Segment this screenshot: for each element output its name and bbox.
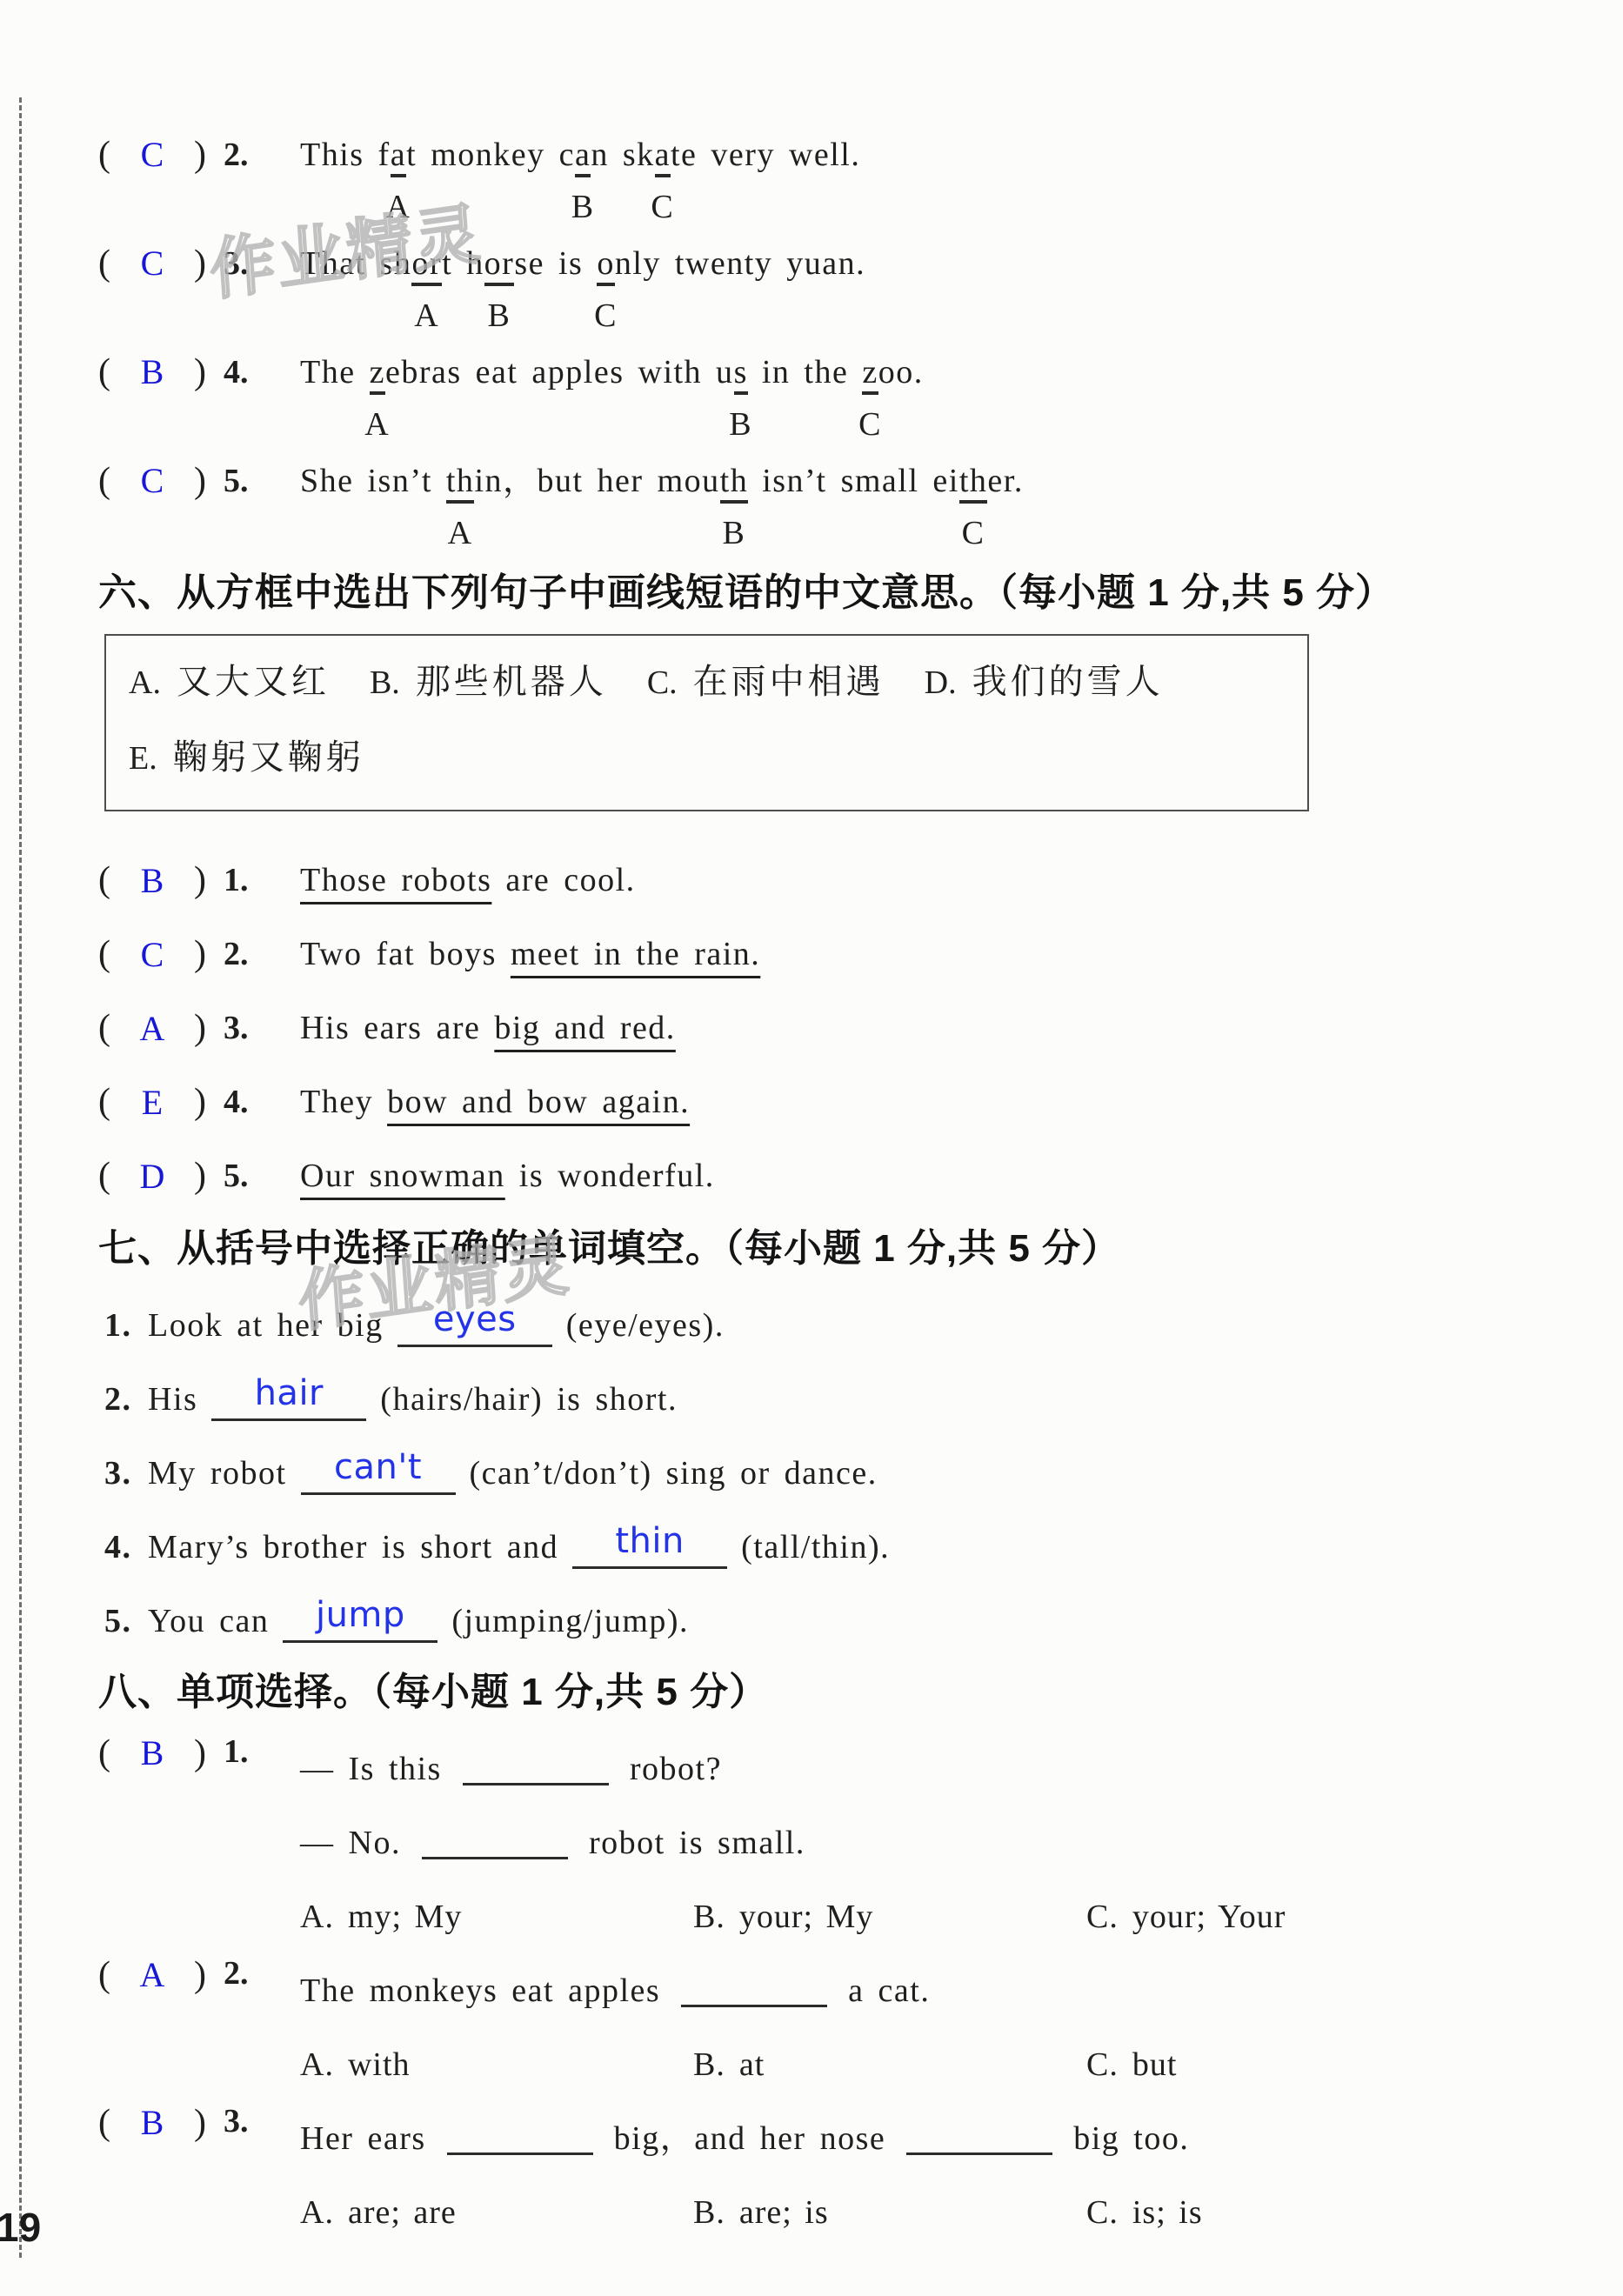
handwritten-answer: can't xyxy=(334,1447,422,1487)
answer-letter: C xyxy=(110,448,194,514)
sentence-text: robot? xyxy=(616,1751,722,1787)
sentence-text: This f xyxy=(300,137,391,173)
matching-question: (E)4.They bow and bow again. xyxy=(98,1065,1577,1139)
phonetic-question: (C)5.She isn’t thin，but her mouth isn’t … xyxy=(98,448,1577,554)
option-text: 我们的雪人 xyxy=(972,662,1164,701)
question-body: The monkeys eat apples a cat.A.withB.atC… xyxy=(300,1954,1177,2102)
question-number: 4. xyxy=(224,339,249,405)
question-number: 5. xyxy=(104,1585,148,1659)
sentence-text: are cool. xyxy=(491,862,635,898)
answer-blank: jump xyxy=(283,1600,437,1643)
answer-area: (A)3. xyxy=(98,991,300,1065)
question-body: That short horse is only twenty yuan.Tha… xyxy=(300,230,865,337)
option-label: E. xyxy=(129,740,157,777)
answer-letter: C xyxy=(110,122,194,188)
answer-blank: thin xyxy=(572,1526,727,1569)
option-letter-line: That shorAt horBse is oCnly twenty yuan. xyxy=(300,297,865,337)
question-body: They bow and bow again. xyxy=(300,1065,690,1139)
close-paren: ) xyxy=(194,1954,206,1996)
answer-letter: B xyxy=(110,1732,194,1774)
question-number: 4. xyxy=(224,1065,249,1139)
sentence-text: n sk xyxy=(591,137,654,173)
handwritten-answer: hair xyxy=(255,1373,324,1413)
choice-option: C.your; Your xyxy=(1086,1880,1286,1954)
sentence-text: t monkey c xyxy=(406,137,575,173)
sentence-text: (hairs/hair) is short. xyxy=(366,1381,678,1418)
sentence-text: (tall/thin). xyxy=(727,1529,890,1565)
answer-letter: B xyxy=(110,339,194,405)
letter-label: C xyxy=(962,514,985,552)
option-text: your; My xyxy=(739,1899,874,1935)
sentence-text: My robot xyxy=(148,1455,301,1492)
close-paren: ) xyxy=(194,1065,206,1139)
option-label: A. xyxy=(300,2046,334,2083)
choice-option: A.my; My xyxy=(300,1880,693,1954)
sentence-text: robot is small. xyxy=(575,1825,805,1861)
underlined-letter: or xyxy=(484,245,515,286)
answer-area: (C)3. xyxy=(98,230,300,297)
letter-label: A xyxy=(414,297,439,335)
underlined-letter: s xyxy=(734,354,748,395)
sentence-text: a cat. xyxy=(834,1972,930,2009)
option-label: C. xyxy=(1086,2046,1119,2083)
sentence-text: ebras eat apples with u xyxy=(385,354,734,390)
option-label: B. xyxy=(370,664,400,701)
open-paren: ( xyxy=(98,918,110,991)
choice-option: B.are; is xyxy=(693,2176,1086,2250)
option-text: my; My xyxy=(348,1899,462,1935)
answer-area: (B)1. xyxy=(98,844,300,918)
matching-question: (A)3.His ears are big and red. xyxy=(98,991,1577,1065)
box-option: E.鞠躬又鞠躬 xyxy=(129,732,364,784)
open-paren: ( xyxy=(98,122,110,188)
phonetic-question: (C)3.That short horse is only twenty yua… xyxy=(98,230,1577,337)
sentence-line: The zebras eat apples with us in the zoo… xyxy=(300,339,924,405)
options-row: A.withB.atC.but xyxy=(300,2028,1177,2102)
fill-blank-question: 4.Mary’s brother is short and thin (tall… xyxy=(98,1511,1577,1585)
sentence-text: is wonderful. xyxy=(505,1158,715,1194)
answer-area: (C)2. xyxy=(98,122,300,188)
close-paren: ) xyxy=(194,448,206,514)
letter-label: A xyxy=(364,405,390,444)
sentence-text: — No. xyxy=(300,1825,415,1861)
answer-area: (B)1. xyxy=(98,1732,300,1774)
underlined-letter: th xyxy=(959,463,988,504)
answer-area: (B)3. xyxy=(98,2102,300,2144)
open-paren: ( xyxy=(98,844,110,918)
section-eight-heading: 八、单项选择。（每小题 1 分,共 5 分） xyxy=(98,1669,1577,1716)
option-text: 在雨中相遇 xyxy=(693,662,885,701)
worksheet-page: 作业精灵 作业精灵 (C)2.This fat monkey can skate… xyxy=(0,0,1623,2296)
option-text: 那些机器人 xyxy=(416,662,607,701)
sentence-text: Look at her big xyxy=(148,1307,397,1344)
question-number: 3. xyxy=(224,991,249,1065)
question-number: 1. xyxy=(104,1289,148,1363)
question-body: Her ears big，and her nose big too.A.are;… xyxy=(300,2102,1203,2250)
question-body: Those robots are cool. xyxy=(300,844,636,918)
answer-letter: D xyxy=(110,1139,194,1213)
question-number: 2. xyxy=(224,918,249,991)
question-line: — No. robot is small. xyxy=(300,1806,1286,1880)
letter-label: B xyxy=(729,405,752,444)
matching-question: (B)1.Those robots are cool. xyxy=(98,844,1577,918)
question-body: This fat monkey can skate very well.This… xyxy=(300,122,860,228)
answer-area: (E)4. xyxy=(98,1065,300,1139)
question-number: 4. xyxy=(104,1511,148,1585)
option-text: 又大又红 xyxy=(177,662,330,701)
close-paren: ) xyxy=(194,918,206,991)
question-line: Her ears big，and her nose big too. xyxy=(300,2102,1203,2176)
answer-blank: hair xyxy=(211,1378,366,1421)
underlined-letter: a xyxy=(391,137,406,177)
page-content: (C)2.This fat monkey can skate very well… xyxy=(98,122,1577,2250)
option-label: D. xyxy=(925,664,957,701)
underlined-phrase: bow and bow again. xyxy=(387,1084,690,1120)
question-number: 5. xyxy=(224,1139,249,1213)
sentence-text: The xyxy=(300,354,370,390)
answer-blank xyxy=(906,2126,1052,2155)
section-eight-items: (B)1.— Is this robot?— No. robot is smal… xyxy=(98,1732,1577,2250)
phonetic-question: (C)2.This fat monkey can skate very well… xyxy=(98,122,1577,228)
section-six-items: (B)1.Those robots are cool.(C)2.Two fat … xyxy=(98,844,1577,1213)
option-letter-line: This faAt monkey caBn skaCte very well. xyxy=(300,188,860,228)
sentence-text: er. xyxy=(987,463,1023,499)
answer-area: (A)2. xyxy=(98,1954,300,1996)
underlined-phrase: Those robots xyxy=(300,862,491,898)
phonetic-question: (B)4.The zebras eat apples with us in th… xyxy=(98,339,1577,445)
question-body: Mary’s brother is short and thin (tall/t… xyxy=(148,1511,890,1585)
question-body: Our snowman is wonderful. xyxy=(300,1139,715,1213)
sentence-text: His xyxy=(148,1381,211,1418)
box-row: E.鞠躬又鞠躬 xyxy=(129,732,1299,784)
option-text: but xyxy=(1132,2046,1178,2083)
sentence-text: — Is this xyxy=(300,1751,456,1787)
binding-dashed-line xyxy=(19,97,22,2258)
question-line: The monkeys eat apples a cat. xyxy=(300,1954,1177,2028)
question-number: 1. xyxy=(224,844,249,918)
option-text: is; is xyxy=(1132,2194,1203,2231)
options-row: A.are; areB.are; isC.is; is xyxy=(300,2176,1203,2250)
question-number: 3. xyxy=(224,230,249,297)
question-number: 3. xyxy=(104,1437,148,1511)
open-paren: ( xyxy=(98,1139,110,1213)
phrase-options-box: A.又大又红B.那些机器人C.在雨中相遇D.我们的雪人E.鞠躬又鞠躬 xyxy=(104,634,1309,811)
question-body: The zebras eat apples with us in the zoo… xyxy=(300,339,924,445)
question-body: Two fat boys meet in the rain. xyxy=(300,918,760,991)
question-body: Look at her big eyes (eye/eyes). xyxy=(148,1289,725,1363)
sentence-text: You can xyxy=(148,1603,283,1639)
option-letter-line: The zAebras eat apples with usB in the z… xyxy=(300,405,924,445)
phonetic-section: (C)2.This fat monkey can skate very well… xyxy=(98,122,1577,554)
matching-question: (C)2.Two fat boys meet in the rain. xyxy=(98,918,1577,991)
choice-question: (B)3.Her ears big，and her nose big too.A… xyxy=(98,2102,1577,2250)
open-paren: ( xyxy=(98,2102,110,2144)
answer-letter: C xyxy=(110,230,194,297)
close-paren: ) xyxy=(194,1139,206,1213)
question-number: 5. xyxy=(224,448,249,514)
letter-label: C xyxy=(858,405,882,444)
underlined-letter: a xyxy=(575,137,591,177)
option-label: A. xyxy=(300,2194,334,2231)
option-text: 鞠躬又鞠躬 xyxy=(173,738,364,777)
choice-option: A.are; are xyxy=(300,2176,693,2250)
choice-option: B.your; My xyxy=(693,1880,1086,1954)
question-number: 2. xyxy=(224,1954,249,1996)
handwritten-answer: thin xyxy=(615,1521,685,1561)
letter-label: C xyxy=(651,188,674,226)
underlined-phrase: big and red. xyxy=(494,1010,675,1046)
section-seven-heading: 七、从括号中选择正确的单词填空。（每小题 1 分,共 5 分） xyxy=(98,1225,1577,1272)
answer-letter: A xyxy=(110,1954,194,1996)
question-body: His hair (hairs/hair) is short. xyxy=(148,1363,678,1437)
option-text: at xyxy=(739,2046,765,2083)
box-option: A.又大又红 xyxy=(129,657,330,708)
question-line: — Is this robot? xyxy=(300,1732,1286,1806)
box-option: D.我们的雪人 xyxy=(925,657,1164,708)
sentence-text: She isn’t xyxy=(300,463,446,499)
answer-letter: B xyxy=(110,844,194,918)
open-paren: ( xyxy=(98,991,110,1065)
sentence-text: nly twenty yuan. xyxy=(615,245,865,282)
letter-label: A xyxy=(385,188,411,226)
sentence-text: That sh xyxy=(300,245,411,282)
question-body: You can jump (jumping/jump). xyxy=(148,1585,689,1659)
section-seven-items: 1.Look at her big eyes (eye/eyes).2.His … xyxy=(98,1289,1577,1659)
answer-area: (D)5. xyxy=(98,1139,300,1213)
sentence-text: They xyxy=(300,1084,387,1120)
sentence-text: t h xyxy=(442,245,484,282)
sentence-text: big，and her nose xyxy=(600,2120,900,2157)
close-paren: ) xyxy=(194,339,206,405)
answer-letter: E xyxy=(110,1065,194,1139)
question-body: His ears are big and red. xyxy=(300,991,676,1065)
open-paren: ( xyxy=(98,230,110,297)
sentence-text: oo. xyxy=(878,354,924,390)
answer-blank xyxy=(681,1979,827,2007)
answer-area: (C)5. xyxy=(98,448,300,514)
section-six-heading: 六、从方框中选出下列句子中画线短语的中文意思。（每小题 1 分,共 5 分） xyxy=(98,570,1577,617)
underlined-letter: or xyxy=(411,245,442,286)
open-paren: ( xyxy=(98,1732,110,1774)
answer-blank xyxy=(447,2126,593,2155)
answer-letter: A xyxy=(110,991,194,1065)
sentence-text: in the xyxy=(748,354,862,390)
question-body: She isn’t thin，but her mouth isn’t small… xyxy=(300,448,1024,554)
option-letter-line: She isn’t thAin，but her mouthB isn’t sma… xyxy=(300,514,1024,554)
answer-blank: can't xyxy=(301,1452,456,1495)
choice-option: A.with xyxy=(300,2028,693,2102)
sentence-text: big too. xyxy=(1059,2120,1189,2157)
option-label: C. xyxy=(1086,2194,1119,2231)
sentence-line: She isn’t thin，but her mouth isn’t small… xyxy=(300,448,1024,514)
choice-option: C.is; is xyxy=(1086,2176,1203,2250)
sentence-line: This fat monkey can skate very well. xyxy=(300,122,860,188)
option-text: your; Your xyxy=(1132,1899,1286,1935)
open-paren: ( xyxy=(98,448,110,514)
sentence-text: (can’t/don’t) sing or dance. xyxy=(456,1455,878,1492)
answer-letter: C xyxy=(110,918,194,991)
choice-question: (B)1.— Is this robot?— No. robot is smal… xyxy=(98,1732,1577,1954)
underlined-phrase: meet in the rain. xyxy=(511,936,760,972)
option-text: are; are xyxy=(348,2194,457,2231)
underlined-letter: o xyxy=(597,245,615,286)
letter-label: B xyxy=(488,297,511,335)
close-paren: ) xyxy=(194,2102,206,2144)
fill-blank-question: 3.My robot can't (can’t/don’t) sing or d… xyxy=(98,1437,1577,1511)
letter-label: B xyxy=(571,188,595,226)
fill-blank-question: 1.Look at her big eyes (eye/eyes). xyxy=(98,1289,1577,1363)
underlined-letter: z xyxy=(862,354,878,395)
sentence-text: Two fat boys xyxy=(300,936,511,972)
answer-area: (B)4. xyxy=(98,339,300,405)
answer-letter: B xyxy=(110,2102,194,2144)
open-paren: ( xyxy=(98,1954,110,1996)
sentence-text: in，but her mou xyxy=(474,463,719,499)
question-body: My robot can't (can’t/don’t) sing or dan… xyxy=(148,1437,878,1511)
close-paren: ) xyxy=(194,1732,206,1774)
letter-label: B xyxy=(722,514,745,552)
underlined-letter: th xyxy=(446,463,475,504)
box-option: B.那些机器人 xyxy=(370,657,607,708)
sentence-text: isn’t small ei xyxy=(748,463,959,499)
option-label: C. xyxy=(647,664,678,701)
choice-option: C.but xyxy=(1086,2028,1177,2102)
underlined-letter: a xyxy=(655,137,671,177)
question-body: — Is this robot?— No. robot is small.A.m… xyxy=(300,1732,1286,1954)
option-label: B. xyxy=(693,1899,725,1935)
question-number: 1. xyxy=(224,1732,249,1774)
choice-option: B.at xyxy=(693,2028,1086,2102)
underlined-letter: th xyxy=(720,463,749,504)
options-row: A.my; MyB.your; MyC.your; Your xyxy=(300,1880,1286,1954)
question-number: 2. xyxy=(104,1363,148,1437)
close-paren: ) xyxy=(194,844,206,918)
option-text: with xyxy=(348,2046,411,2083)
matching-question: (D)5.Our snowman is wonderful. xyxy=(98,1139,1577,1213)
sentence-text: The monkeys eat apples xyxy=(300,1972,674,2009)
sentence-text: Mary’s brother is short and xyxy=(148,1529,572,1565)
underlined-phrase: Our snowman xyxy=(300,1158,505,1194)
page-number: 19 xyxy=(0,2204,41,2251)
answer-blank xyxy=(422,1831,568,1859)
fill-blank-question: 5.You can jump (jumping/jump). xyxy=(98,1585,1577,1659)
close-paren: ) xyxy=(194,230,206,297)
fill-blank-question: 2.His hair (hairs/hair) is short. xyxy=(98,1363,1577,1437)
handwritten-answer: eyes xyxy=(433,1299,517,1339)
sentence-text: (eye/eyes). xyxy=(552,1307,725,1344)
sentence-text: (jumping/jump). xyxy=(437,1603,689,1639)
option-label: B. xyxy=(693,2194,725,2231)
answer-blank xyxy=(463,1757,609,1785)
option-label: C. xyxy=(1086,1899,1119,1935)
handwritten-answer: jump xyxy=(316,1595,405,1635)
box-row: A.又大又红B.那些机器人C.在雨中相遇D.我们的雪人 xyxy=(129,657,1299,708)
choice-question: (A)2.The monkeys eat apples a cat.A.with… xyxy=(98,1954,1577,2102)
box-option: C.在雨中相遇 xyxy=(647,657,885,708)
sentence-text: Her ears xyxy=(300,2120,440,2157)
sentence-line: That short horse is only twenty yuan. xyxy=(300,230,865,297)
sentence-text: te very well. xyxy=(671,137,860,173)
answer-blank: eyes xyxy=(397,1305,552,1347)
open-paren: ( xyxy=(98,339,110,405)
question-number: 2. xyxy=(224,122,249,188)
option-text: are; is xyxy=(739,2194,829,2231)
question-number: 3. xyxy=(224,2102,249,2144)
close-paren: ) xyxy=(194,122,206,188)
underlined-letter: z xyxy=(370,354,385,395)
letter-label: A xyxy=(448,514,473,552)
letter-label: C xyxy=(594,297,618,335)
option-label: A. xyxy=(129,664,161,701)
open-paren: ( xyxy=(98,1065,110,1139)
answer-area: (C)2. xyxy=(98,918,300,991)
sentence-text: His ears are xyxy=(300,1010,494,1046)
sentence-text: se is xyxy=(514,245,597,282)
option-label: B. xyxy=(693,2046,725,2083)
close-paren: ) xyxy=(194,991,206,1065)
option-label: A. xyxy=(300,1899,334,1935)
